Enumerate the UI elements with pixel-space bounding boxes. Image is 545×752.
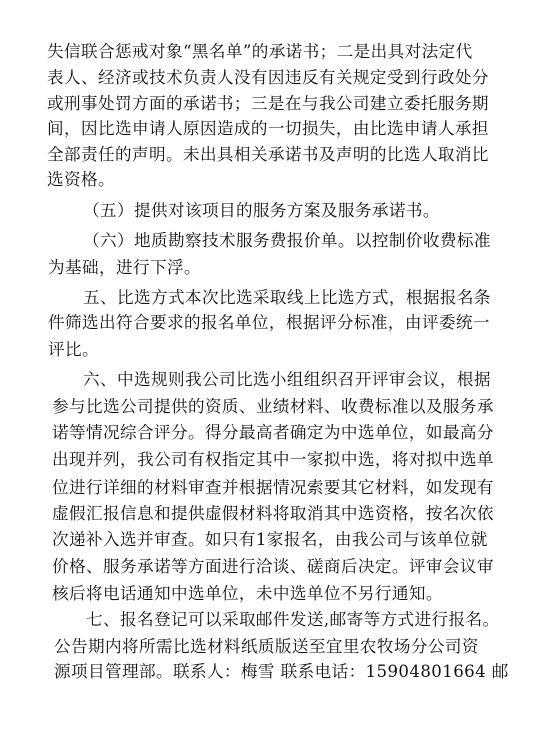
item-six-line: （六）地质勘察技术服务费报价单。以控制价收费标准 — [83, 231, 533, 251]
section-five-heading-line: 五、比选方式本次比选采取线上比选方式，根据报名条 — [83, 288, 533, 308]
text-line: 次递补入选并审查。如只有1家报名，由我公司与该单位就 — [52, 530, 502, 550]
document-page: 失信联合惩戒对象“黑名单”的承诺书；二是出具对法定代 表人、经济或技术负责人没有… — [0, 0, 545, 752]
text-line: 或刑事处罚方面的承诺书；三是在与我公司建立委托服务期 — [47, 94, 497, 114]
section-seven-heading-line: 七、报名登记可以采取邮件发送,邮寄等方式进行报名。 — [86, 610, 536, 630]
text-line: 失信联合惩戒对象“黑名单”的承诺书；二是出具对法定代 — [47, 42, 497, 62]
text-line: 核后将电话通知中选单位，未中选单位不另行通知。 — [52, 584, 502, 604]
text-line: 选资格。 — [47, 170, 497, 190]
text-line: 位进行详细的材料审查并根据情况索要其它材料，如发现有 — [52, 478, 502, 498]
text-line: 虚假汇报信息和提供虚假材料将取消其中选资格，按名次依 — [52, 504, 502, 524]
text-line: 为基础，进行下浮。 — [48, 258, 498, 278]
text-line: 表人、经济或技术负责人没有因违反有关规定受到行政处分 — [47, 68, 497, 88]
text-line: 参与比选公司提供的资质、业绩材料、收费标准以及服务承 — [52, 397, 502, 417]
text-line: 间，因比选申请人原因造成的一切损失，由比选申请人承担 — [47, 119, 497, 139]
text-line: 价格、服务承诺等方面进行洽谈、磋商后决定。评审会议审 — [52, 557, 502, 577]
contact-line: 源项目管理部。联系人：梅雪 联系电话：15904801664 邮 — [54, 662, 504, 682]
section-six-heading-line: 六、中选规则我公司比选小组组织召开评审会议，根据 — [83, 370, 533, 390]
text-line: 评比。 — [48, 340, 498, 360]
item-five-line: （五）提供对该项目的服务方案及服务承诺书。 — [83, 201, 533, 221]
text-line: 诺等情况综合评分。得分最高者确定为中选单位，如最高分 — [52, 423, 502, 443]
text-line: 公告期内将所需比选材料纸质版送至宜里农牧场分公司资 — [54, 637, 504, 657]
text-line: 全部责任的声明。未出具相关承诺书及声明的比选人取消比 — [47, 145, 497, 165]
text-line: 出现并列，我公司有权指定其中一家拟中选，将对拟中选单 — [52, 450, 502, 470]
text-line: 件筛选出符合要求的报名单位，根据评分标准，由评委统一 — [48, 313, 498, 333]
